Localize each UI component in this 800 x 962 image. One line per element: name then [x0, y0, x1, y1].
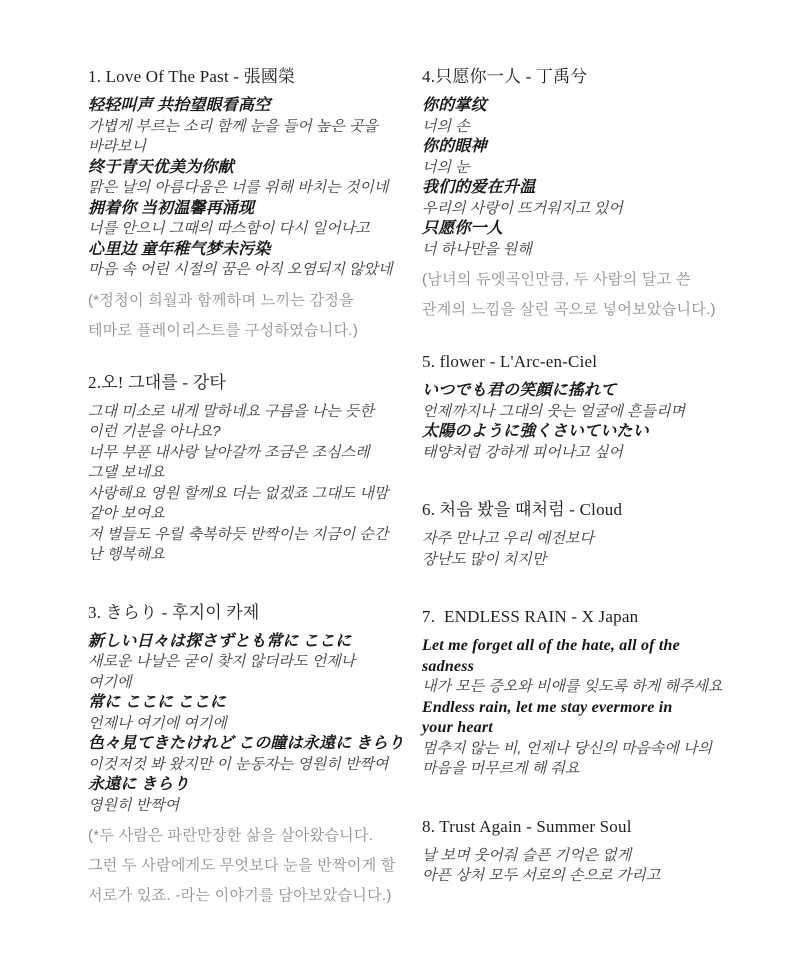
song-section: 2.오! 그대를 - 강타그대 미소로 내게 말하네요 구름을 나는 듯한이런 … — [88, 370, 406, 566]
song-title: 4.只愿你一人 - 丁禹兮 — [422, 64, 762, 90]
lyric-source-line: 拥着你 当初温馨再涌现 — [88, 199, 406, 220]
lyric-translation-line: 날 보며 웃어줘 슬픈 기억은 없게 — [422, 846, 762, 867]
lyric-translation-line: 새로운 나날은 굳이 찾지 않더라도 언제나 — [88, 652, 406, 673]
annotation-line: 그런 두 사람에게도 무엇보다 눈을 반짝이게 할 — [88, 851, 406, 881]
lyric-source-line: 只愿你一人 — [422, 219, 762, 240]
song-title: 6. 처음 봤을 떄처럼 - Cloud — [422, 497, 762, 523]
song-title: 3. きらり - 후지이 카제 — [88, 600, 406, 626]
lyric-translation-line: 언제나 여기에 여기에 — [88, 714, 406, 735]
lyric-source-line: Let me forget all of the hate, all of th… — [422, 636, 762, 657]
song-title: 7. ENDLESS RAIN - X Japan — [422, 604, 762, 630]
annotation-line: 서로가 있죠. -라는 이야기를 담아보았습니다.) — [88, 881, 406, 911]
lyric-source-line: Endless rain, let me stay evermore in — [422, 698, 762, 719]
song-section: 6. 처음 봤을 떄처럼 - Cloud자주 만나고 우리 예전보다장난도 많이… — [422, 497, 762, 570]
song-section: 5. flower - L'Arc-en-Cielいつでも君の笑顔に搖れて언제까… — [422, 349, 762, 463]
lyric-translation-line: 난 행복해요 — [88, 545, 406, 566]
lyric-translation-line: 영원히 반짝여 — [88, 796, 406, 817]
song-section: 3. きらり - 후지이 카제新しい日々は探さずとも常に ここに새로운 나날은 … — [88, 600, 406, 912]
lyric-translation-line: 그댈 보네요 — [88, 463, 406, 484]
annotation-line: (*두 사람은 파란만장한 삶을 살아왔습니다. — [88, 821, 406, 851]
lyric-translation-line: 마음 속 어린 시절의 꿈은 아직 오염되지 않았네 — [88, 260, 406, 281]
lyric-translation-line: 사랑해요 영원 할께요 더는 없겠죠 그대도 내맘 — [88, 484, 406, 505]
lyric-source-line: 色々見てきたけれど この瞳は永遠に きらり — [88, 734, 406, 755]
lyrics-document: 1. Love Of The Past - 張國榮轻轻叫声 共抬望眼看高空가볍게… — [0, 0, 800, 962]
annotation-line: (남녀의 듀엣곡인만큼, 두 사람의 달고 쓴 — [422, 265, 762, 295]
lyric-translation-line: 이것저것 봐 왔지만 이 눈동자는 영원히 반짝여 — [88, 755, 406, 776]
lyric-source-line: sadness — [422, 657, 762, 678]
lyric-source-line: 心里边 童年稚气梦未污染 — [88, 240, 406, 261]
lyric-source-line: your heart — [422, 718, 762, 739]
lyric-translation-line: 너를 안으니 그때의 따스함이 다시 일어나고 — [88, 219, 406, 240]
lyric-translation-line: 바라보니 — [88, 137, 406, 158]
lyric-source-line: 太陽のように強くさいていたい — [422, 422, 762, 443]
lyric-translation-line: 우리의 사랑이 뜨거워지고 있어 — [422, 199, 762, 220]
lyric-translation-line: 언제까지나 그대의 웃는 얼굴에 흔들리며 — [422, 402, 762, 423]
column-left: 1. Love Of The Past - 張國榮轻轻叫声 共抬望眼看高空가볍게… — [88, 64, 406, 942]
lyric-translation-line: 너 하나만을 원해 — [422, 240, 762, 261]
song-title: 2.오! 그대를 - 강타 — [88, 370, 406, 396]
lyric-translation-line: 너무 부푼 내사랑 날아갈까 조금은 조심스레 — [88, 443, 406, 464]
song-section: 1. Love Of The Past - 張國榮轻轻叫声 共抬望眼看高空가볍게… — [88, 64, 406, 346]
lyric-translation-line: 내가 모든 증오와 비애를 잊도록 하게 해주세요 — [422, 677, 762, 698]
lyric-translation-line: 그대 미소로 내게 말하네요 구름을 나는 듯한 — [88, 402, 406, 423]
lyric-source-line: 永遠に きらり — [88, 775, 406, 796]
lyric-translation-line: 가볍게 부르는 소리 함께 눈을 들어 높은 곳을 — [88, 117, 406, 138]
lyric-translation-line: 장난도 많이 치지만 — [422, 550, 762, 571]
lyric-translation-line: 너의 눈 — [422, 158, 762, 179]
song-section: 8. Trust Again - Summer Soul날 보며 웃어줘 슬픈 … — [422, 814, 762, 887]
lyric-translation-line: 마음을 머무르게 해 줘요 — [422, 759, 762, 780]
annotation-line: (*정청이 희월과 함께하며 느끼는 감정을 — [88, 286, 406, 316]
song-section: 4.只愿你一人 - 丁禹兮你的掌纹너의 손你的眼神너의 눈我们的爱在升温우리의 … — [422, 64, 762, 325]
lyric-source-line: いつでも君の笑顔に搖れて — [422, 381, 762, 402]
song-title: 8. Trust Again - Summer Soul — [422, 814, 762, 840]
lyric-translation-line: 저 별들도 우릴 축복하듯 반짝이는 지금이 순간 — [88, 525, 406, 546]
lyric-source-line: 常に ここに ここに — [88, 693, 406, 714]
lyric-source-line: 终于青天优美为你献 — [88, 158, 406, 179]
lyric-translation-line: 맑은 날의 아름다움은 너를 위해 바치는 것이네 — [88, 178, 406, 199]
lyric-translation-line: 같아 보여요 — [88, 504, 406, 525]
annotation-line: 관계의 느낌을 살린 곡으로 넣어보았습니다.) — [422, 295, 762, 325]
song-title: 5. flower - L'Arc-en-Ciel — [422, 349, 762, 375]
lyric-source-line: 我们的爱在升温 — [422, 178, 762, 199]
lyric-translation-line: 이런 기분을 아나요? — [88, 422, 406, 443]
lyric-translation-line: 아픈 상처 모두 서로의 손으로 가리고 — [422, 866, 762, 887]
lyric-translation-line: 멈추지 않는 비, 언제나 당신의 마음속에 나의 — [422, 739, 762, 760]
song-section: 7. ENDLESS RAIN - X JapanLet me forget a… — [422, 604, 762, 780]
column-right: 4.只愿你一人 - 丁禹兮你的掌纹너의 손你的眼神너의 눈我们的爱在升温우리의 … — [422, 64, 762, 942]
lyric-translation-line: 너의 손 — [422, 117, 762, 138]
lyric-translation-line: 여기에 — [88, 673, 406, 694]
lyric-translation-line: 자주 만나고 우리 예전보다 — [422, 529, 762, 550]
lyric-source-line: 你的眼神 — [422, 137, 762, 158]
annotation-line: 테마로 플레이리스트를 구성하였습니다.) — [88, 316, 406, 346]
lyric-source-line: 新しい日々は探さずとも常に ここに — [88, 632, 406, 653]
lyric-source-line: 轻轻叫声 共抬望眼看高空 — [88, 96, 406, 117]
song-title: 1. Love Of The Past - 張國榮 — [88, 64, 406, 90]
lyric-translation-line: 태양처럼 강하게 피어나고 싶어 — [422, 443, 762, 464]
lyric-source-line: 你的掌纹 — [422, 96, 762, 117]
